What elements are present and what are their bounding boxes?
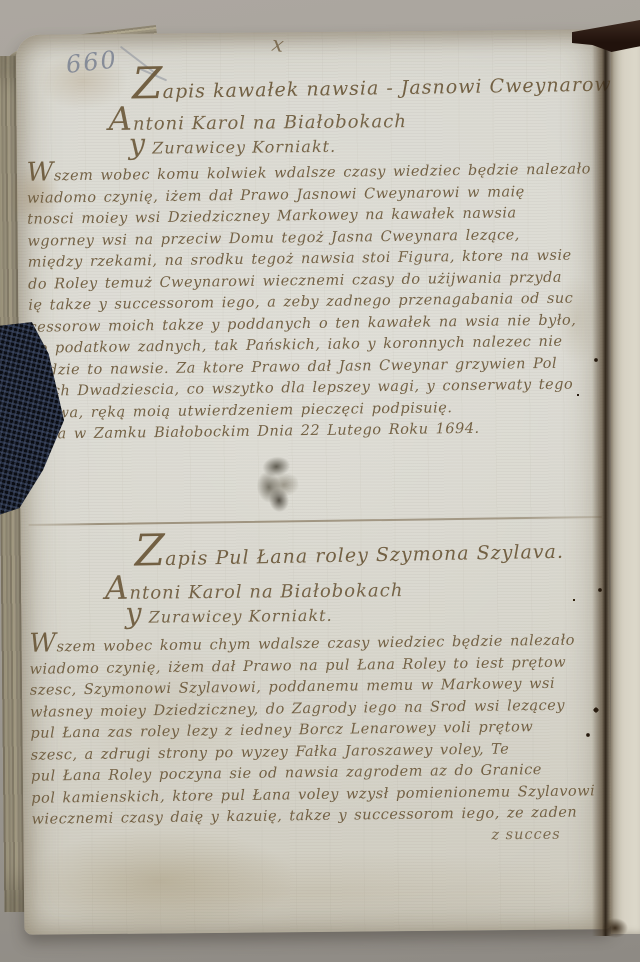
entry1-grantor-title: y Zurawicey Korniakt. bbox=[129, 135, 337, 158]
facing-page-edge bbox=[611, 38, 640, 934]
paper-stain bbox=[25, 827, 296, 935]
gutter-bottom-shadow bbox=[602, 918, 628, 938]
section-divider-line bbox=[28, 516, 602, 526]
catchword: z succes bbox=[491, 827, 560, 844]
entry2-body: Wszem wobec komu chym wdalsze czasy wied… bbox=[29, 630, 603, 831]
entry1-body: Wszem wobec komu kolwiek wdalsze czasy w… bbox=[26, 159, 600, 446]
entry1-title: Zapis kawałek nawsia - Jasnowi Cweynarow… bbox=[132, 65, 626, 103]
book-gutter-shadow bbox=[592, 30, 614, 936]
photo-backdrop: 660 x Zapis kawałek nawsia - Jasnowi Cwe… bbox=[0, 0, 640, 962]
entry2-grantor-name: Antoni Karol na Białobokach bbox=[105, 577, 404, 604]
entry2-title: Zapis Pul Łana roley Szymona Szylava. bbox=[134, 533, 564, 571]
entry1-grantor-name: Antoni Karol na Białobokach bbox=[108, 108, 407, 135]
entry2-grantor-title: y Zurawicey Korniakt. bbox=[125, 604, 333, 627]
paper-stain bbox=[24, 847, 605, 935]
ink-blot bbox=[246, 451, 302, 515]
cross-mark: x bbox=[270, 32, 285, 57]
manuscript-page: 660 x Zapis kawałek nawsia - Jasnowi Cwe… bbox=[16, 29, 613, 935]
folio-number: 660 bbox=[65, 45, 120, 79]
